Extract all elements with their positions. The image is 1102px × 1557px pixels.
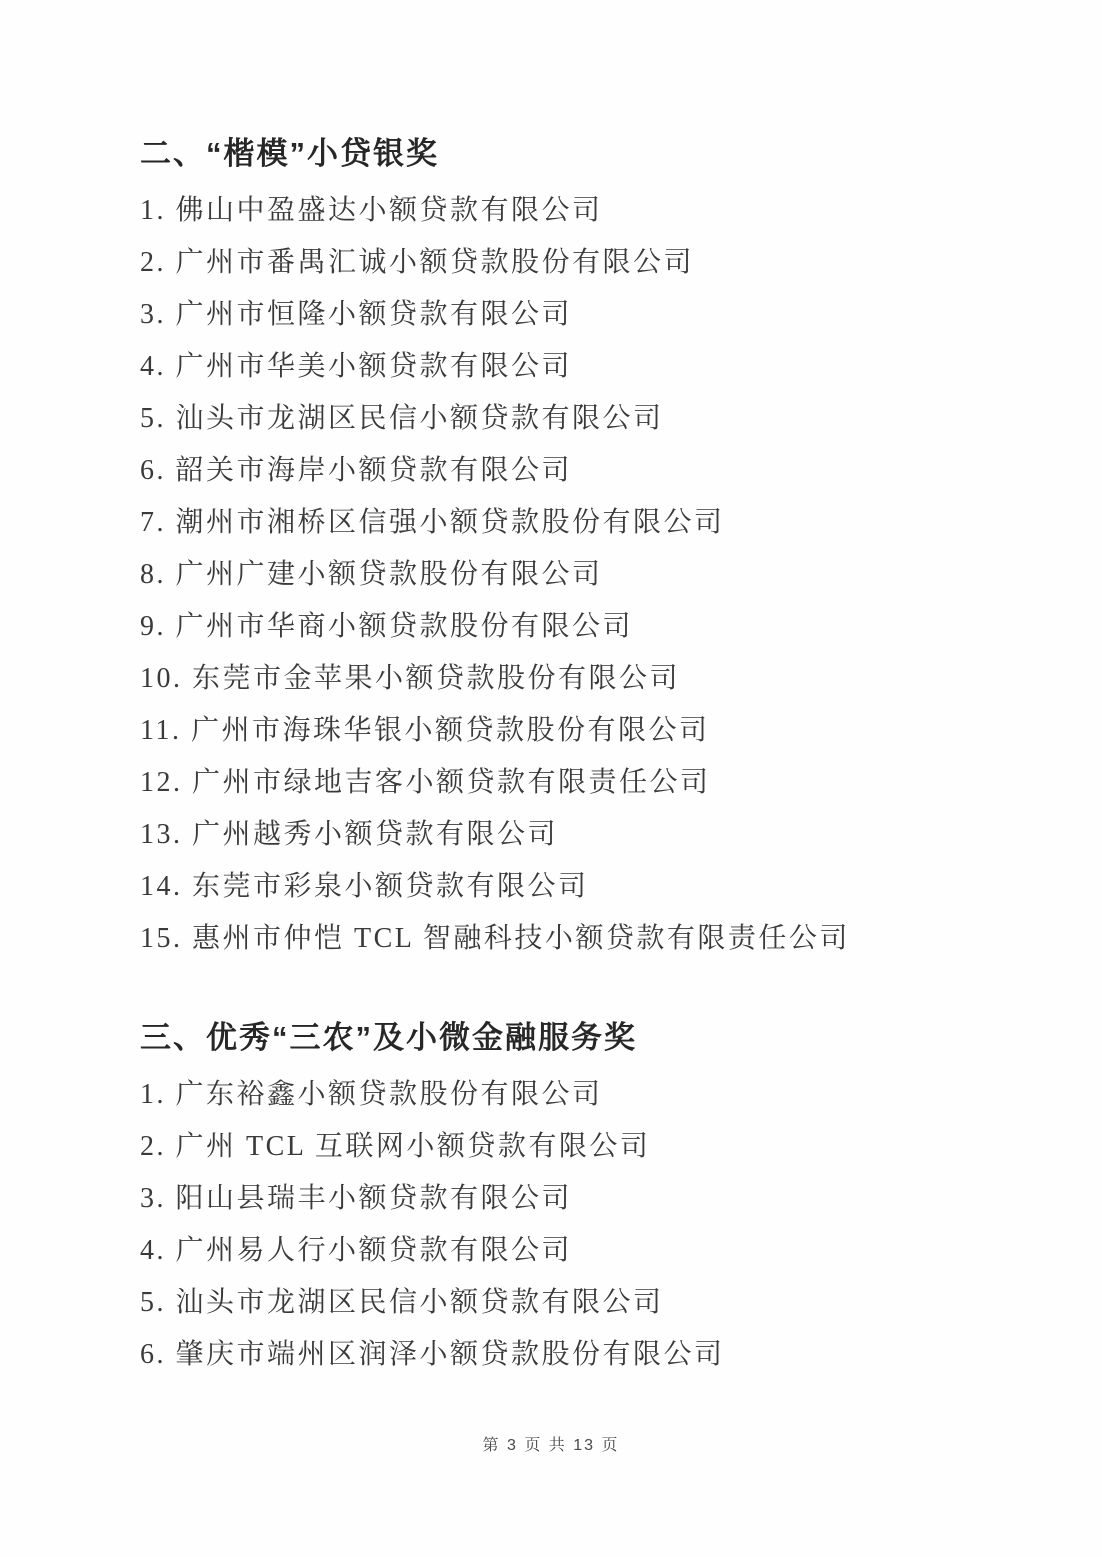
list-item: 8. 广州广建小额贷款股份有限公司 [140, 549, 1052, 601]
list-item: 1. 佛山中盈盛达小额贷款有限公司 [140, 185, 1052, 237]
list-item: 1. 广东裕鑫小额贷款股份有限公司 [140, 1069, 1052, 1121]
list-item: 7. 潮州市湘桥区信强小额贷款股份有限公司 [140, 497, 1052, 549]
list-item: 5. 汕头市龙湖区民信小额贷款有限公司 [140, 1277, 1052, 1329]
list-item: 4. 广州市华美小额贷款有限公司 [140, 341, 1052, 393]
page-content: 二、“楷模”小贷银奖 1. 佛山中盈盛达小额贷款有限公司 2. 广州市番禺汇诚小… [140, 136, 1052, 1381]
list-item: 12. 广州市绿地吉客小额贷款有限责任公司 [140, 757, 1052, 809]
list-item: 3. 阳山县瑞丰小额贷款有限公司 [140, 1173, 1052, 1225]
document-page: 二、“楷模”小贷银奖 1. 佛山中盈盛达小额贷款有限公司 2. 广州市番禺汇诚小… [0, 0, 1102, 1557]
list-item: 15. 惠州市仲恺 TCL 智融科技小额贷款有限责任公司 [140, 913, 1052, 965]
list-item: 6. 韶关市海岸小额贷款有限公司 [140, 445, 1052, 497]
list-item: 4. 广州易人行小额贷款有限公司 [140, 1225, 1052, 1277]
list-item: 13. 广州越秀小额贷款有限公司 [140, 809, 1052, 861]
section-heading-sannong-award: 三、优秀“三农”及小微金融服务奖 [140, 1020, 1052, 1056]
page-footer: 第 3 页 共 13 页 [0, 1436, 1102, 1456]
list-item: 11. 广州市海珠华银小额贷款股份有限公司 [140, 705, 1052, 757]
page-number: 第 3 页 共 13 页 [483, 1437, 620, 1454]
list-item: 10. 东莞市金苹果小额贷款股份有限公司 [140, 653, 1052, 705]
section-sannong-award-list: 1. 广东裕鑫小额贷款股份有限公司 2. 广州 TCL 互联网小额贷款有限公司 … [140, 1069, 1052, 1381]
list-item: 2. 广州市番禺汇诚小额贷款股份有限公司 [140, 237, 1052, 289]
list-item: 6. 肇庆市端州区润泽小额贷款股份有限公司 [140, 1329, 1052, 1381]
list-item: 3. 广州市恒隆小额贷款有限公司 [140, 289, 1052, 341]
list-item: 2. 广州 TCL 互联网小额贷款有限公司 [140, 1121, 1052, 1173]
list-item: 14. 东莞市彩泉小额贷款有限公司 [140, 861, 1052, 913]
list-item: 9. 广州市华商小额贷款股份有限公司 [140, 601, 1052, 653]
section-kaimo-award-list: 1. 佛山中盈盛达小额贷款有限公司 2. 广州市番禺汇诚小额贷款股份有限公司 3… [140, 185, 1052, 965]
list-item: 5. 汕头市龙湖区民信小额贷款有限公司 [140, 393, 1052, 445]
section-heading-kaimo-award: 二、“楷模”小贷银奖 [140, 136, 1052, 172]
